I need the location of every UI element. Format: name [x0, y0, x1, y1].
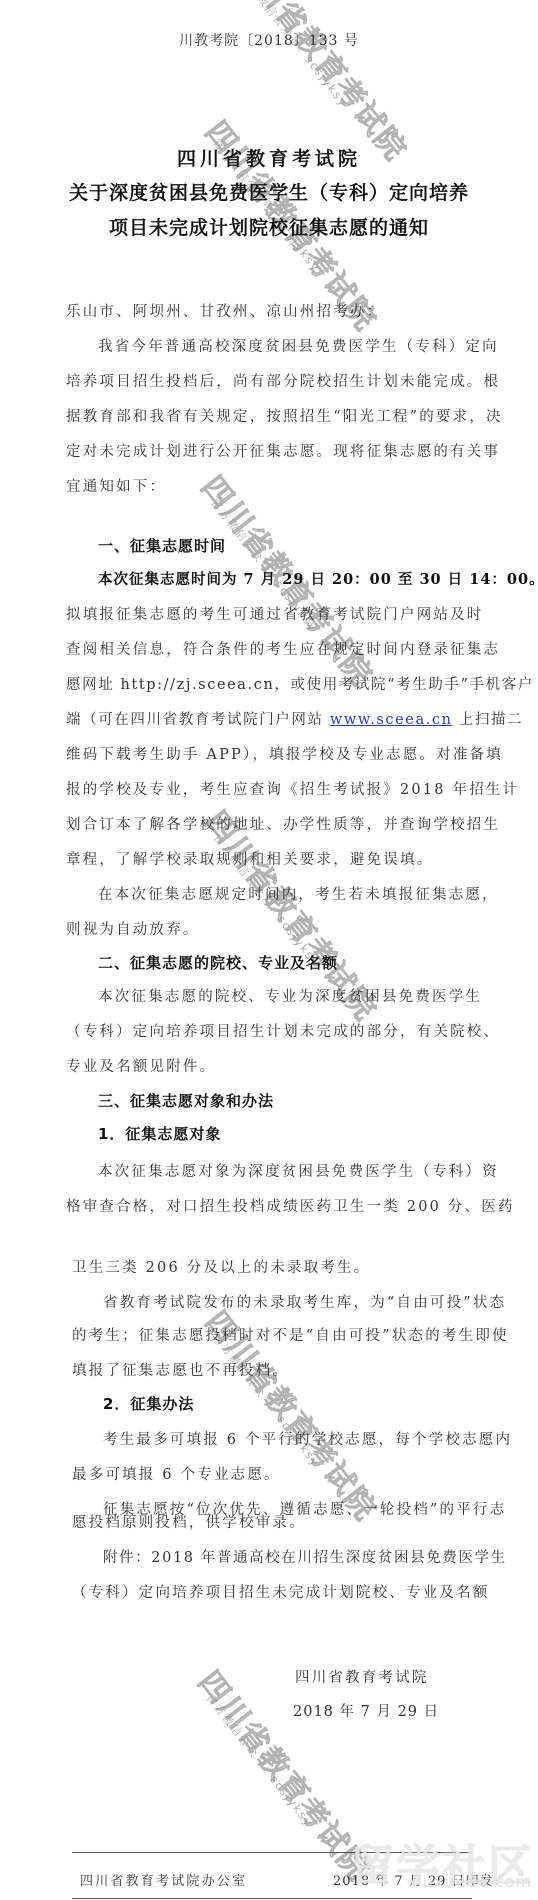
intro-line: 宜通知如下：	[66, 475, 166, 496]
section-1-link-line: 端（可在四川省教育考试院门户网站 www.sceea.cn 上扫描二	[66, 708, 523, 729]
subsection-1-line: 卫生三类 206 分及以上的未录取考生。	[72, 1256, 370, 1277]
subsection-1-line: 的考生；征集志愿投档时对不是“自由可投”状态的考生即使	[72, 1324, 509, 1345]
footer-bottom-rule	[72, 1898, 472, 1899]
addressee: 乐山市、阿坝州、甘孜州、凉山州招考办：	[66, 300, 383, 321]
brand-url: liuxue86.com	[412, 1872, 532, 1891]
section-1-line: 章程，了解学校录取规则和相关要求，避免误填。	[66, 848, 433, 869]
section-2-heading: 二、征集志愿的院校、专业及名额	[98, 952, 338, 973]
section-1-line: 拟填报征集志愿的考生可通过省教育考试院门户网站及时	[66, 603, 484, 624]
subsection-2-line: 最多可填报 6 个专业志愿。	[72, 1463, 281, 1484]
intro-line: 据教育部和我省有关规定，按照招生“阳光工程”的要求，决	[66, 405, 503, 426]
collection-time: 本次征集志愿时间为 7 月 29 日 20：00 至 30 日 14：00。	[98, 568, 538, 589]
subsection-2-heading: 2．征集办法	[103, 1393, 194, 1414]
link-line-prefix: 端（可在四川省教育考试院门户网站	[66, 712, 330, 728]
section-1-line: 报的学校及专业，考生应查询《招生考试报》2018 年招生计	[66, 778, 519, 799]
section-1-line: 查阅相关信息，符合条件的考生应在规定时间内登录征集志	[66, 638, 500, 659]
issuer-title: 四川省教育考试院	[0, 144, 538, 171]
notice-title-line-2: 项目未完成计划院校征集志愿的通知	[0, 213, 538, 240]
section-1-heading: 一、征集志愿时间	[98, 535, 226, 556]
notice-title-line-1: 关于深度贫困县免费医学生（专科）定向培养	[0, 178, 538, 205]
subsection-1-line: 填报了征集志愿也不再投档。	[72, 1359, 289, 1380]
document-number: 川教考院〔2018〕133 号	[0, 30, 538, 50]
sceea-website-link[interactable]: www.sceea.cn	[330, 712, 453, 728]
subsection-1-line: 格审查合格，对口招生投档成绩医药卫生一类 200 分、医药	[66, 1195, 515, 1216]
signature-org: 四川省教育考试院	[295, 1666, 429, 1687]
subsection-1-line: 省教育考试院发布的未录取考生库，为“自由可投”状态	[103, 1291, 506, 1312]
attachment-line[interactable]: （专科）定向培养项目招生未完成计划院校、专业及名额	[72, 1581, 490, 1602]
section-2-line: （专科）定向培养项目招生计划未完成的部分，有关院校、	[66, 1020, 500, 1041]
section-1-line: 则视为自动放弃。	[66, 918, 200, 939]
footer-office: 四川省教育考试院办公室	[80, 1870, 247, 1889]
intro-line: 定对未完成计划进行公开征集志愿。现将征集志愿的有关事	[66, 440, 500, 461]
section-1-line: 愿网址 http://zj.sceea.cn，或使用考试院“考生助手”手机客户	[66, 673, 534, 694]
section-2-line: 本次征集志愿的院校、专业为深度贫困县免费医学生	[98, 985, 482, 1006]
signature-date: 2018 年 7 月 29 日	[293, 1700, 439, 1721]
subsection-1-heading: 1．征集志愿对象	[98, 1123, 221, 1144]
intro-line: 我省今年普通高校深度贫困县免费医学生（专科）定向	[98, 335, 499, 356]
section-1-line: 划合订本了解各学校的地址、办学性质等，并查询学校招生	[66, 813, 500, 834]
attachment-line[interactable]: 附件：2018 年普通高校在川招生深度贫困县免费医学生	[103, 1546, 507, 1567]
intro-line: 培养项目招生投档后，尚有部分院校招生计划未能完成。根	[66, 370, 500, 391]
section-2-line: 专业及名额见附件。	[66, 1055, 216, 1076]
subsection-2-line: 考生最多可填报 6 个平行的学校志愿，每个学校志愿内	[103, 1428, 512, 1449]
subsection-1-line: 本次征集志愿对象为深度贫困县免费医学生（专科）资	[98, 1160, 499, 1181]
section-3-heading: 三、征集志愿对象和办法	[98, 1090, 274, 1111]
section-1-line: 维码下载考生助手 APP），填报学校及专业志愿。对准备填	[66, 743, 503, 764]
section-1-line: 在本次征集志愿规定时间内，考生若未填报征集志愿，	[98, 883, 499, 904]
link-line-suffix: 上扫描二	[453, 712, 524, 728]
subsection-2-line: 愿投档原则投档，供学校审录。	[72, 1511, 306, 1532]
